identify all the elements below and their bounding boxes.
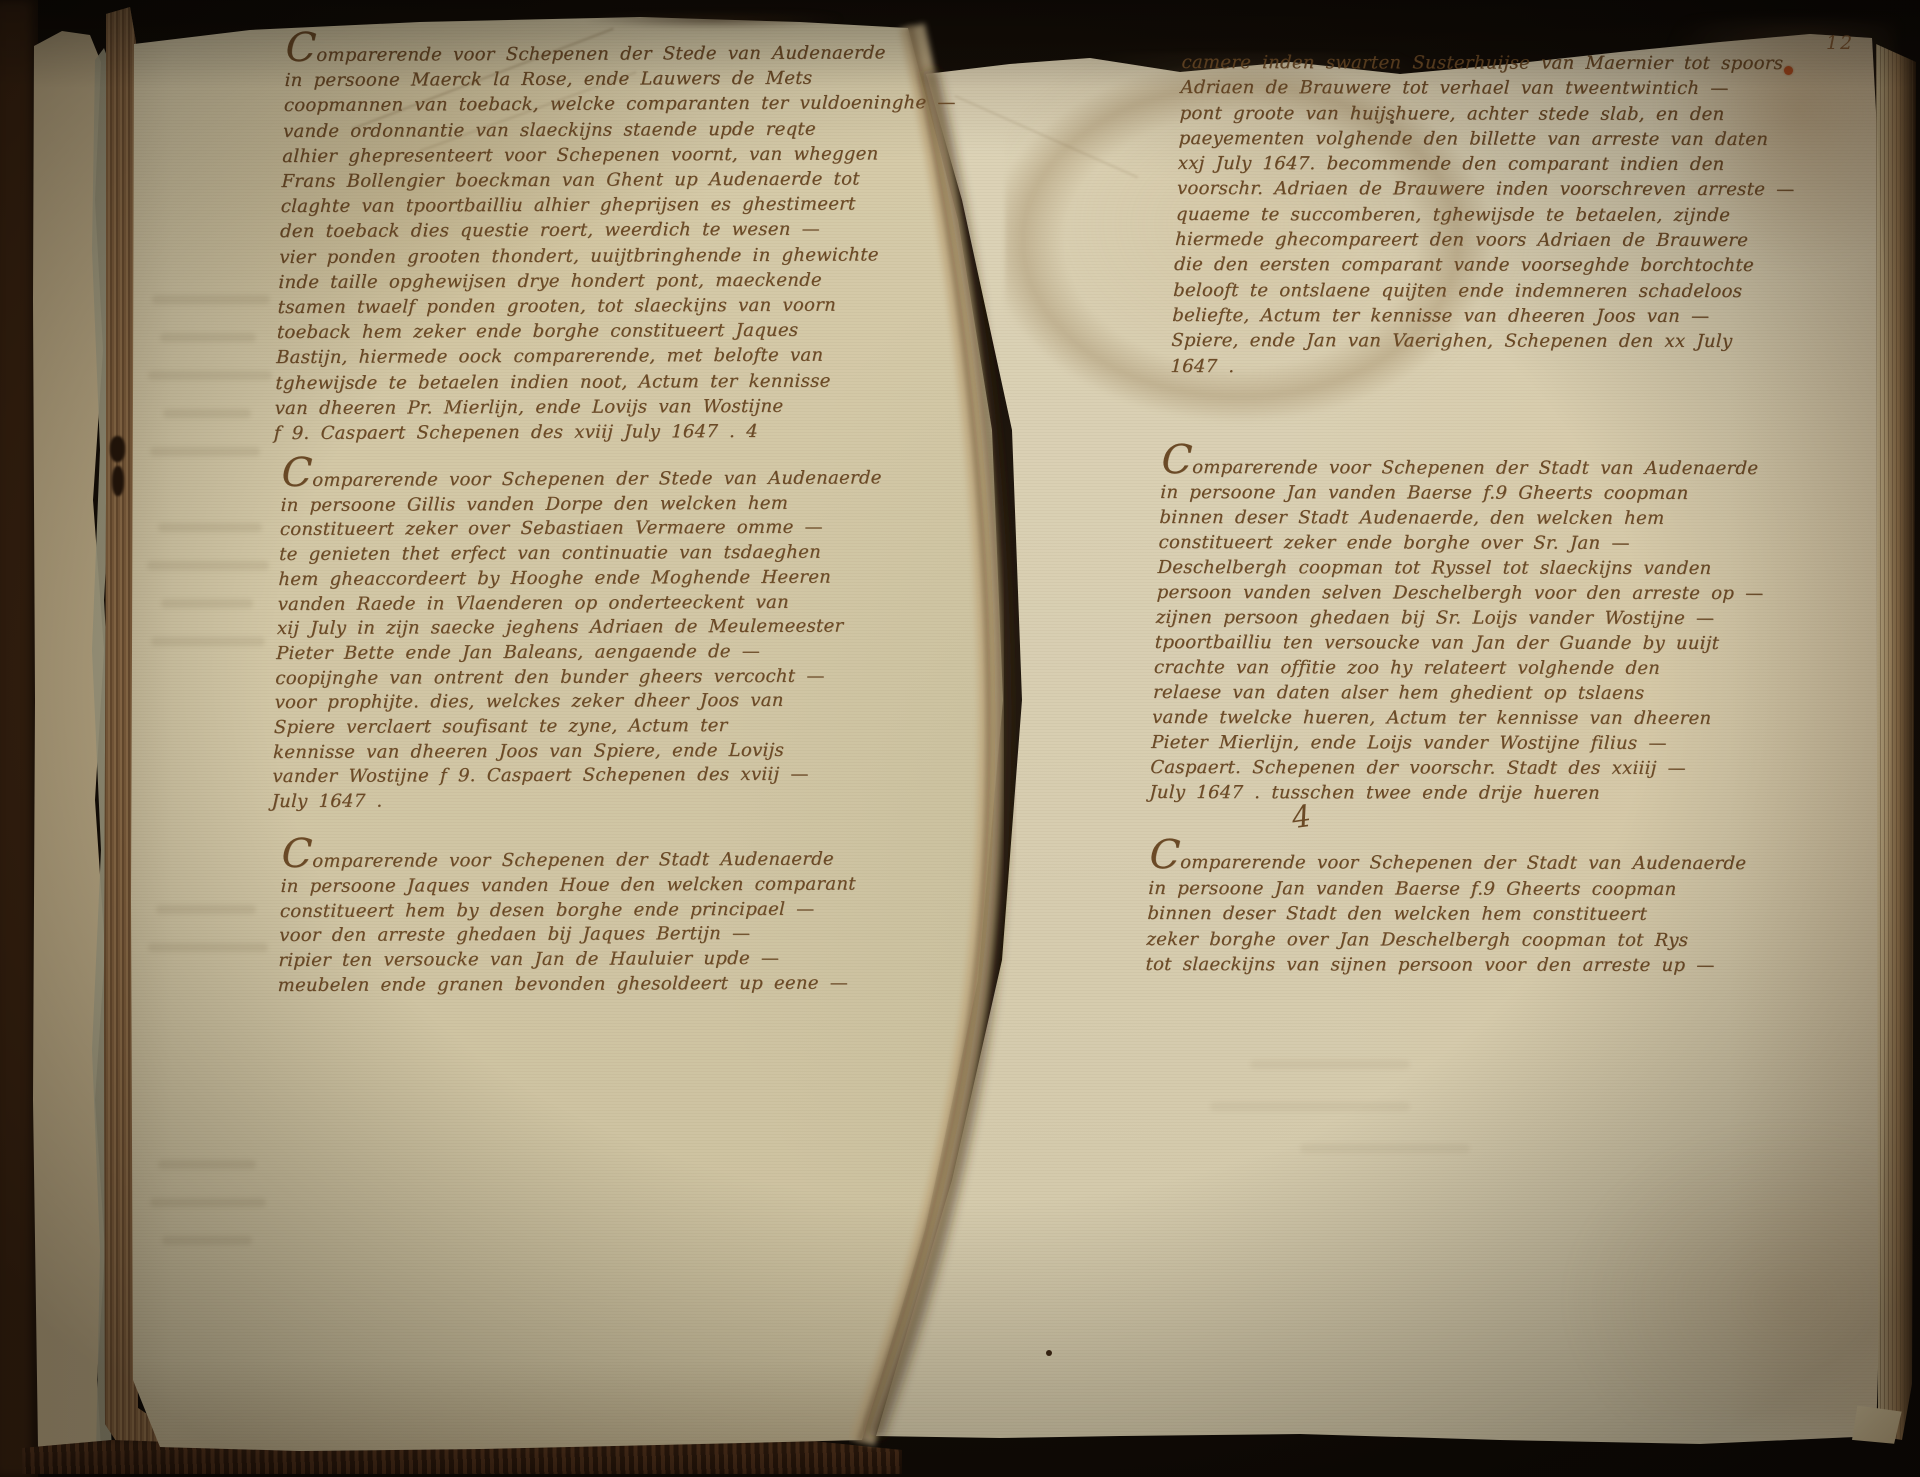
ink-fleck: [1046, 1350, 1052, 1356]
manuscript-entry-right-3: Comparerende voor Schepenen der Stadt va…: [1145, 843, 1860, 979]
manuscript-entry-left-3: Comparerende voor Schepenen der Stadt Au…: [277, 839, 877, 998]
manuscript-entry-right-1: camere inden swarten Susterhuijse van Ma…: [1170, 50, 1872, 380]
manuscript-entry-left-2: Comparerende voor Schepenen der Stede va…: [271, 458, 867, 814]
fore-edge-stack: [1876, 44, 1916, 1440]
corner-stain: [1560, 1120, 1890, 1420]
edge-smudge: [588, 13, 840, 28]
manuscript-entry-right-2: Comparerende voor Schepenen der Stadt va…: [1149, 448, 1862, 806]
manuscript-entry-left-1: Comparerende voor Schepenen der Stede va…: [273, 33, 866, 446]
